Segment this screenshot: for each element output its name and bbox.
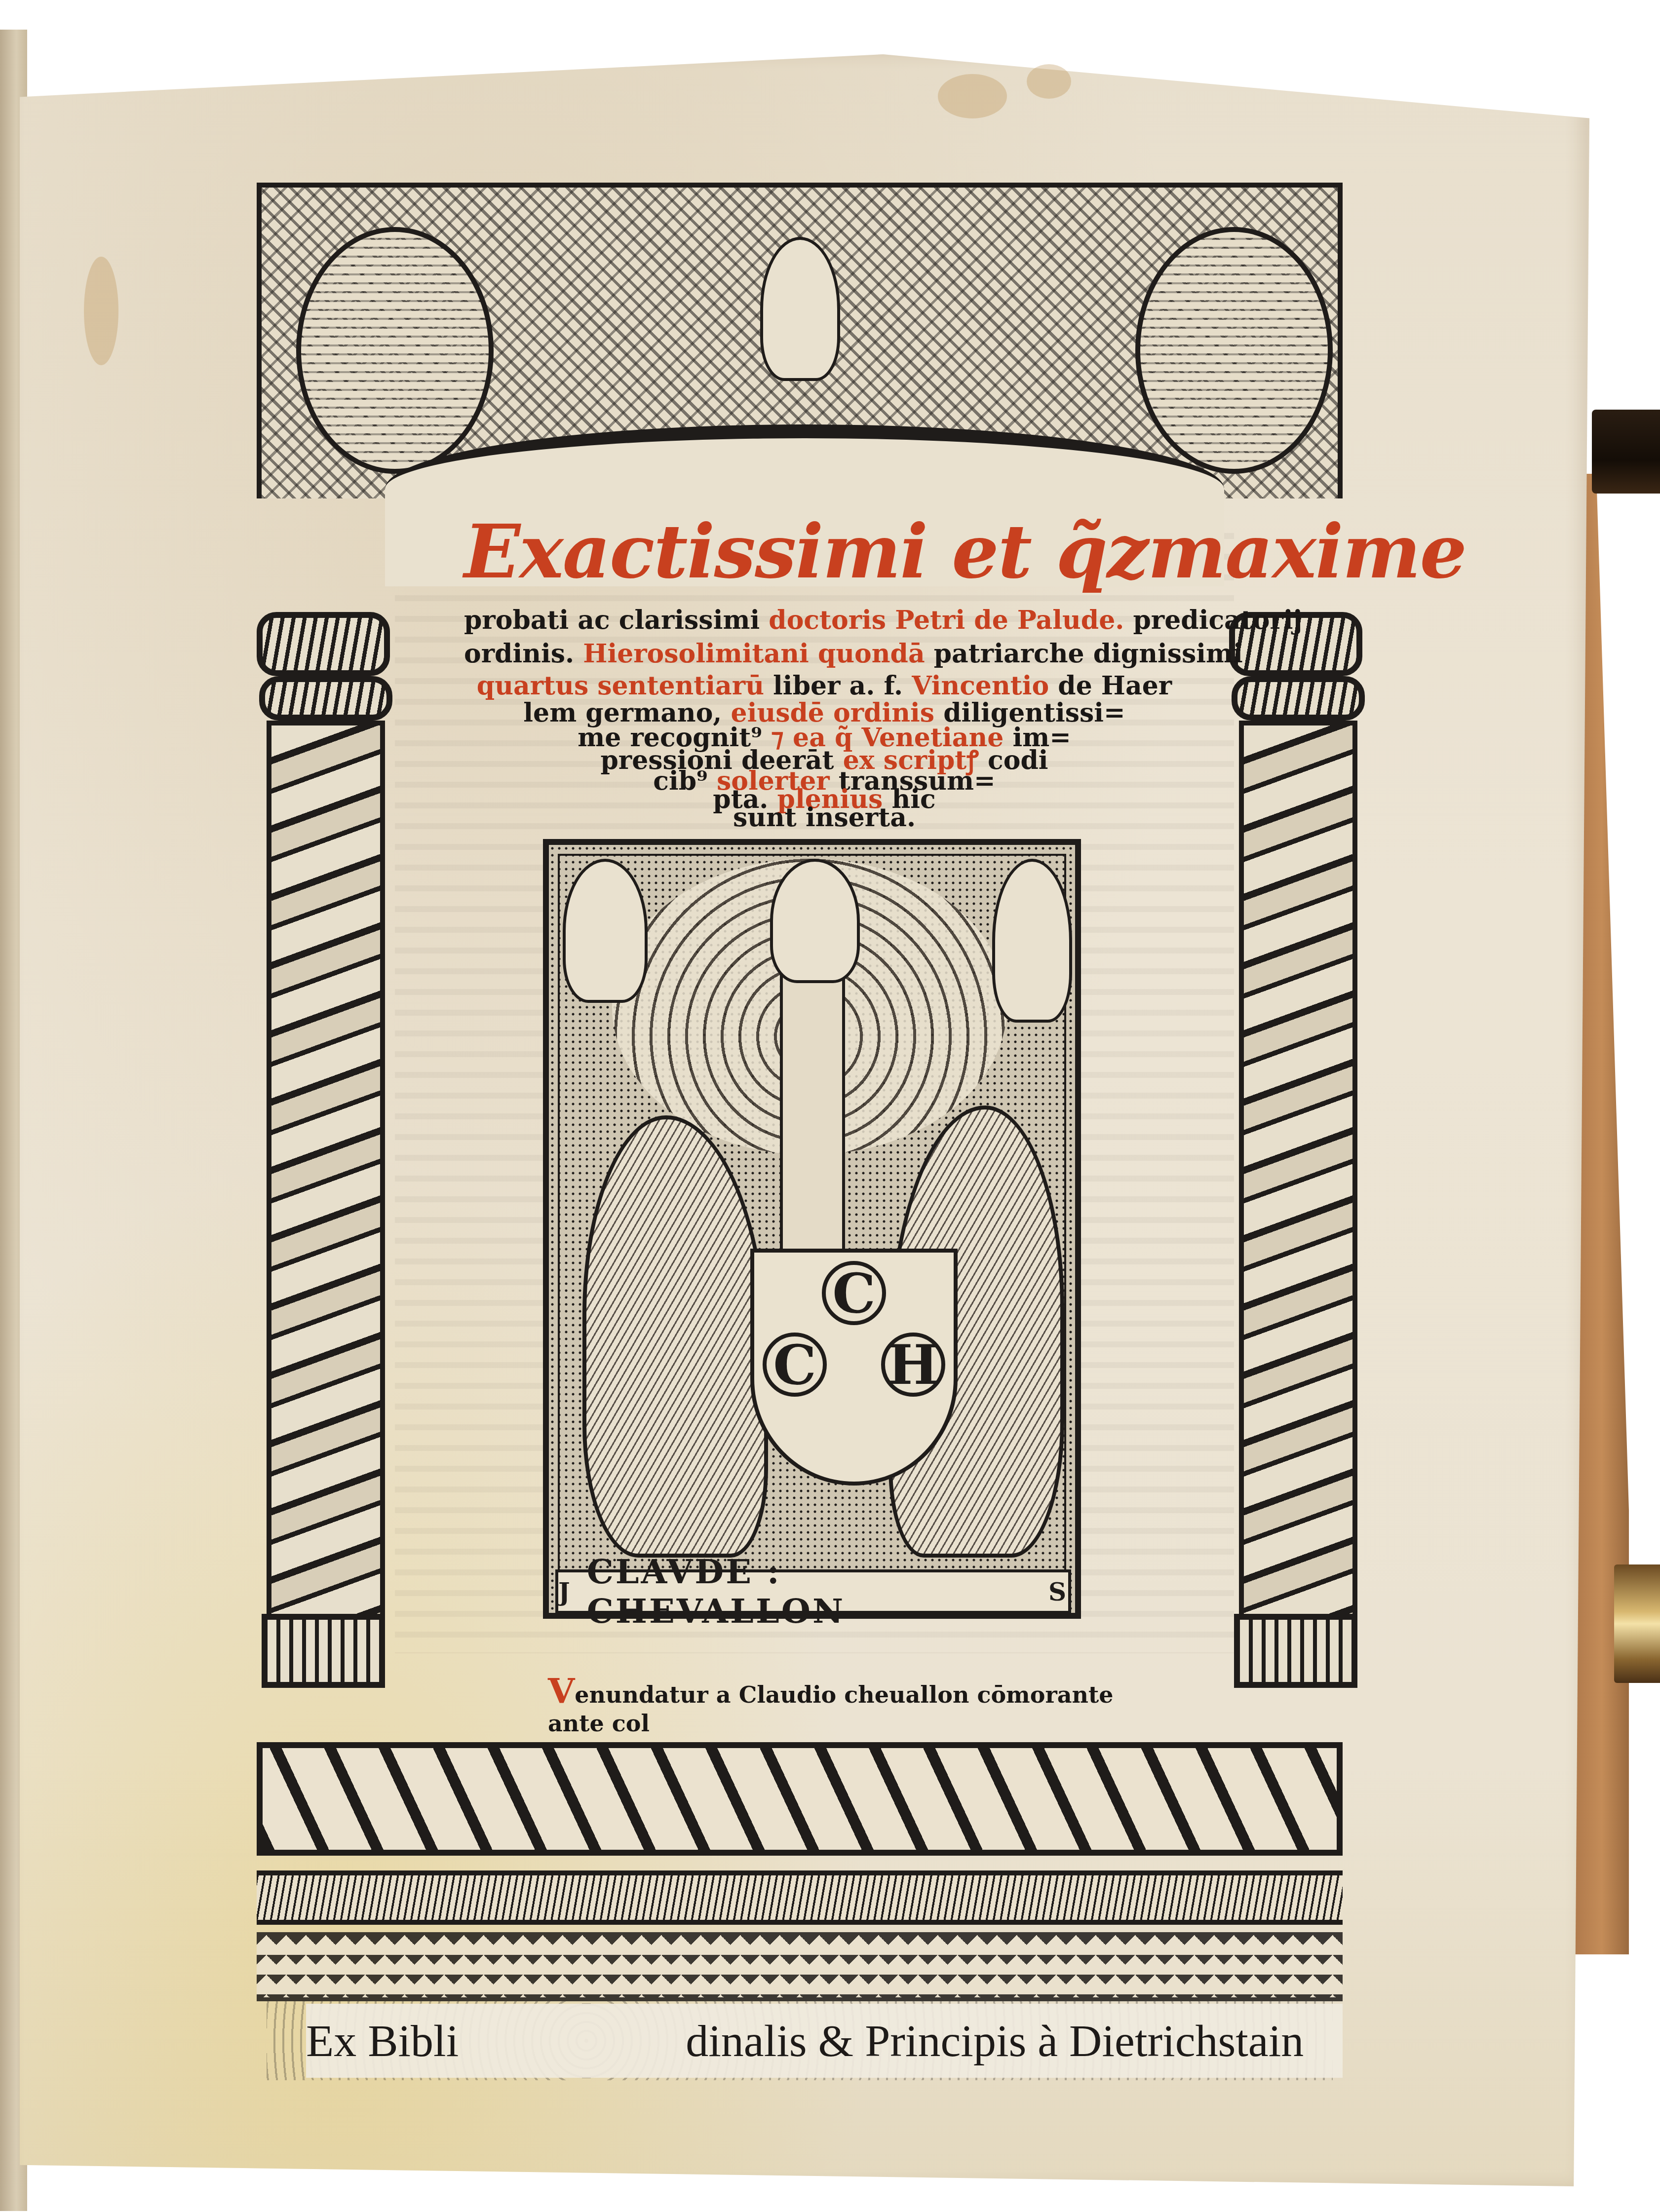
title-line-2: probati ac clarissimi doctoris Petri de … <box>464 603 1185 638</box>
center-putto-figure <box>760 237 840 381</box>
left-pillar-capital-ring <box>259 676 392 721</box>
ex-libris-label: Ex Bibli dinalis & Principis à Dietrichs… <box>306 2004 1343 2078</box>
eve-figure <box>563 859 648 1003</box>
red-initial: V <box>548 1670 575 1711</box>
title-heading: Exactissimi et q̃zmaxime <box>464 508 1185 595</box>
foxing-stain <box>1027 64 1071 99</box>
monogram-letter-left: C <box>763 1333 827 1397</box>
dark-clasp <box>1592 410 1660 494</box>
ex-libris-right: dinalis & Principis à Dietrichstain <box>686 2015 1304 2067</box>
woodcut-hatched-band <box>257 1870 1343 1925</box>
title-line-3: ordinis. Hierosolimitani quondā patriarc… <box>464 637 1185 671</box>
monogram-letter-right: H <box>881 1333 945 1397</box>
right-pillar-capital-ring <box>1232 676 1365 721</box>
scroll-ornament-left: J <box>558 1577 572 1606</box>
left-pillar <box>267 721 385 1619</box>
right-pillar <box>1239 721 1357 1619</box>
christ-figure <box>770 859 860 983</box>
imprint-line-1: Venundatur a Claudio cheuallon cōmorante… <box>548 1680 1130 1738</box>
adam-figure <box>992 859 1072 1023</box>
brass-clasp <box>1614 1564 1660 1683</box>
foxing-stain <box>938 74 1007 118</box>
right-pillar-base <box>1234 1614 1357 1688</box>
right-medallion-figure <box>1135 227 1333 474</box>
woodcut-zigzag-band <box>257 1932 1343 2001</box>
foxing-stain <box>84 257 118 365</box>
left-pillar-base <box>262 1614 385 1688</box>
printer-name: CLAVDE : CHEVALLON <box>587 1552 1034 1631</box>
ex-libris-left: Ex Bibli <box>306 2015 459 2067</box>
left-pillar-capital <box>257 612 390 676</box>
printer-name-scroll: J CLAVDE : CHEVALLON S <box>555 1569 1071 1614</box>
scroll-ornament-right: S <box>1048 1577 1068 1606</box>
title-line-10: sunt inserta. <box>464 801 1185 835</box>
left-medallion-figure <box>296 227 494 474</box>
woodcut-rope-band <box>257 1742 1343 1856</box>
monogram-letter-top: C <box>822 1261 886 1325</box>
